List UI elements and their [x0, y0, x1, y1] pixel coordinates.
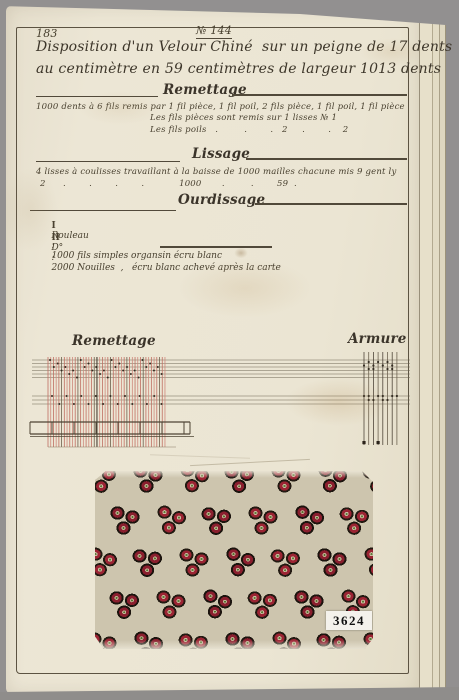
- weaving-draft-diagram: [16, 350, 416, 456]
- threading-dot: [91, 370, 93, 372]
- motif-cluster: [267, 545, 306, 583]
- flower-motif: [298, 519, 317, 537]
- threading-dot: [66, 395, 68, 397]
- threading-dot: [134, 370, 136, 372]
- flower-motif: [138, 478, 155, 494]
- heading-rule: [36, 161, 180, 162]
- threading-dot: [49, 359, 51, 361]
- threading-dot: [117, 403, 119, 405]
- armure-dot: [386, 368, 388, 370]
- threading-dot: [161, 403, 163, 405]
- flower-motif: [184, 562, 201, 578]
- heading-rule: [246, 158, 407, 160]
- section-heading-ourdissage: Ourdissage: [178, 192, 265, 208]
- page-stack-edge: [433, 10, 440, 692]
- armure-dot: [386, 399, 388, 401]
- heading-rule: [255, 203, 407, 205]
- threading-dot: [141, 359, 143, 361]
- remettage-line2: Les fils pièces sont remis sur 1 lisses …: [150, 113, 337, 123]
- threading-dot: [76, 377, 78, 379]
- remettage-line1: 1000 dents à 6 fils remis par 1 fil pièc…: [36, 102, 405, 112]
- flower-motif: [276, 561, 295, 579]
- motif-cluster: [198, 503, 237, 541]
- motif-cluster: [336, 503, 373, 541]
- photographed-manuscript-page: 183 № 144 Disposition d'un Velour Chiné …: [0, 0, 459, 700]
- threading-dot: [68, 373, 70, 375]
- threading-dot: [149, 363, 151, 365]
- flower-motif: [230, 477, 249, 495]
- armure-dot: [368, 395, 370, 397]
- motif-cluster: [198, 587, 237, 625]
- threading-dot: [88, 403, 90, 405]
- threading-dot: [114, 366, 116, 368]
- row-value: 2000 Nouilles , écru blanc achevé après …: [51, 263, 280, 273]
- motif-cluster: [290, 503, 329, 541]
- lissage-line2: 2 . . . . 1000 . . 59 .: [40, 179, 297, 189]
- armure-dot: [391, 395, 393, 397]
- armure-mark: [362, 441, 365, 444]
- threading-dot: [139, 395, 141, 397]
- flower-motif: [115, 603, 134, 621]
- threading-dot: [99, 373, 101, 375]
- threading-dot: [102, 403, 104, 405]
- armure-dot: [368, 361, 370, 363]
- threading-dot: [84, 366, 86, 368]
- motif-cluster: [315, 547, 351, 581]
- armure-dot: [377, 395, 379, 397]
- armure-dot: [372, 368, 374, 370]
- threading-dot: [153, 395, 155, 397]
- armure-dot: [382, 399, 384, 401]
- motif-cluster: [95, 545, 123, 583]
- flower-motif: [322, 562, 339, 578]
- threading-dot: [88, 363, 90, 365]
- threading-dot: [80, 359, 82, 361]
- section-end-rule: [160, 246, 272, 248]
- threading-dot: [146, 403, 148, 405]
- motif-cluster: [106, 587, 145, 625]
- armure-dot: [382, 395, 384, 397]
- flower-motif: [206, 603, 225, 621]
- armure-mark: [377, 441, 380, 444]
- folio-number: № 144: [196, 24, 232, 39]
- flower-motif: [299, 604, 316, 620]
- armure-dot: [377, 361, 379, 363]
- threading-dot: [64, 366, 66, 368]
- flower-motif: [229, 561, 248, 579]
- threading-dot: [122, 370, 124, 372]
- motif-cluster: [359, 545, 373, 583]
- threading-dot: [126, 366, 128, 368]
- armure-dot: [382, 364, 384, 366]
- threading-dot: [118, 363, 120, 365]
- threading-dot: [51, 395, 53, 397]
- threading-dot: [95, 395, 97, 397]
- page-stack-edge: [440, 10, 446, 692]
- motif-cluster: [177, 547, 213, 581]
- threading-dot: [138, 377, 140, 379]
- threading-dot: [111, 359, 113, 361]
- remettage-line3: Les fils poils . . . 2 . . 2: [150, 125, 348, 135]
- threading-dot: [61, 370, 63, 372]
- page-stack-edge: [420, 10, 433, 692]
- flower-motif: [321, 477, 340, 495]
- threading-dot: [153, 370, 155, 372]
- motif-cluster: [108, 505, 144, 539]
- armure-dot: [391, 364, 393, 366]
- page-title-line2: au centimètre en 59 centimètres de large…: [36, 61, 441, 77]
- threading-dot: [103, 370, 105, 372]
- armure-dot: [372, 364, 374, 366]
- lissage-line1: 4 lisses à coulisses travaillant à la ba…: [36, 167, 396, 177]
- motif-cluster: [152, 503, 191, 541]
- threading-dot: [73, 403, 75, 405]
- motif-cluster: [221, 545, 260, 583]
- threading-dot: [57, 363, 59, 365]
- frayed-edge: [95, 471, 373, 478]
- armure-dot: [363, 364, 365, 366]
- motif-cluster: [154, 589, 190, 623]
- flower-motif: [276, 478, 293, 494]
- flower-motif: [161, 604, 178, 620]
- threading-dot: [124, 395, 126, 397]
- threading-dot: [58, 403, 60, 405]
- row-label: D°: [51, 243, 107, 253]
- armure-dot: [396, 395, 398, 397]
- armure-dot: [363, 395, 365, 397]
- diagram-label-remettage: Remettage: [72, 333, 156, 349]
- flower-motif: [138, 561, 157, 579]
- fabric-swatch: 3624: [95, 471, 373, 649]
- heading-rule: [232, 94, 407, 96]
- flower-motif: [183, 477, 202, 495]
- flower-motif: [345, 519, 364, 537]
- motif-cluster: [244, 587, 283, 625]
- row-separator: :: [51, 253, 65, 263]
- row-number: II: [51, 233, 67, 243]
- motif-cluster: [292, 589, 328, 623]
- threading-dot: [145, 366, 147, 368]
- heading-rule: [36, 96, 158, 97]
- flower-motif: [115, 520, 132, 536]
- threading-dot: [131, 403, 133, 405]
- flower-motif: [253, 520, 270, 536]
- threading-dot: [161, 373, 163, 375]
- flower-motif: [362, 545, 373, 563]
- threading-dot: [72, 370, 74, 372]
- armure-dot: [368, 368, 370, 370]
- armure-dot: [372, 399, 374, 401]
- threading-dot: [157, 366, 159, 368]
- threading-dot: [107, 377, 109, 379]
- threading-dot: [109, 395, 111, 397]
- ourdissage-row: II D° : 2000 Nouilles , écru blanc achev…: [40, 223, 281, 283]
- threading-dot: [130, 373, 132, 375]
- motif-cluster: [129, 545, 168, 583]
- frayed-edge: [95, 640, 373, 649]
- armure-dot: [368, 399, 370, 401]
- threading-dot: [80, 395, 82, 397]
- threading-dot: [95, 366, 97, 368]
- flower-motif: [253, 603, 272, 621]
- flower-motif: [160, 519, 179, 537]
- motif-cluster: [246, 505, 282, 539]
- flower-motif: [207, 519, 226, 537]
- armure-dot: [386, 361, 388, 363]
- page-title-line1: Disposition d'un Velour Chiné sur un pei…: [36, 39, 452, 55]
- section-heading-lissage: Lissage: [192, 146, 250, 162]
- inventory-number-label: 3624: [326, 611, 372, 630]
- threading-dot: [53, 366, 55, 368]
- armure-dot: [391, 368, 393, 370]
- flower-motif: [367, 561, 373, 579]
- diagram-label-armure: Armure: [348, 331, 407, 347]
